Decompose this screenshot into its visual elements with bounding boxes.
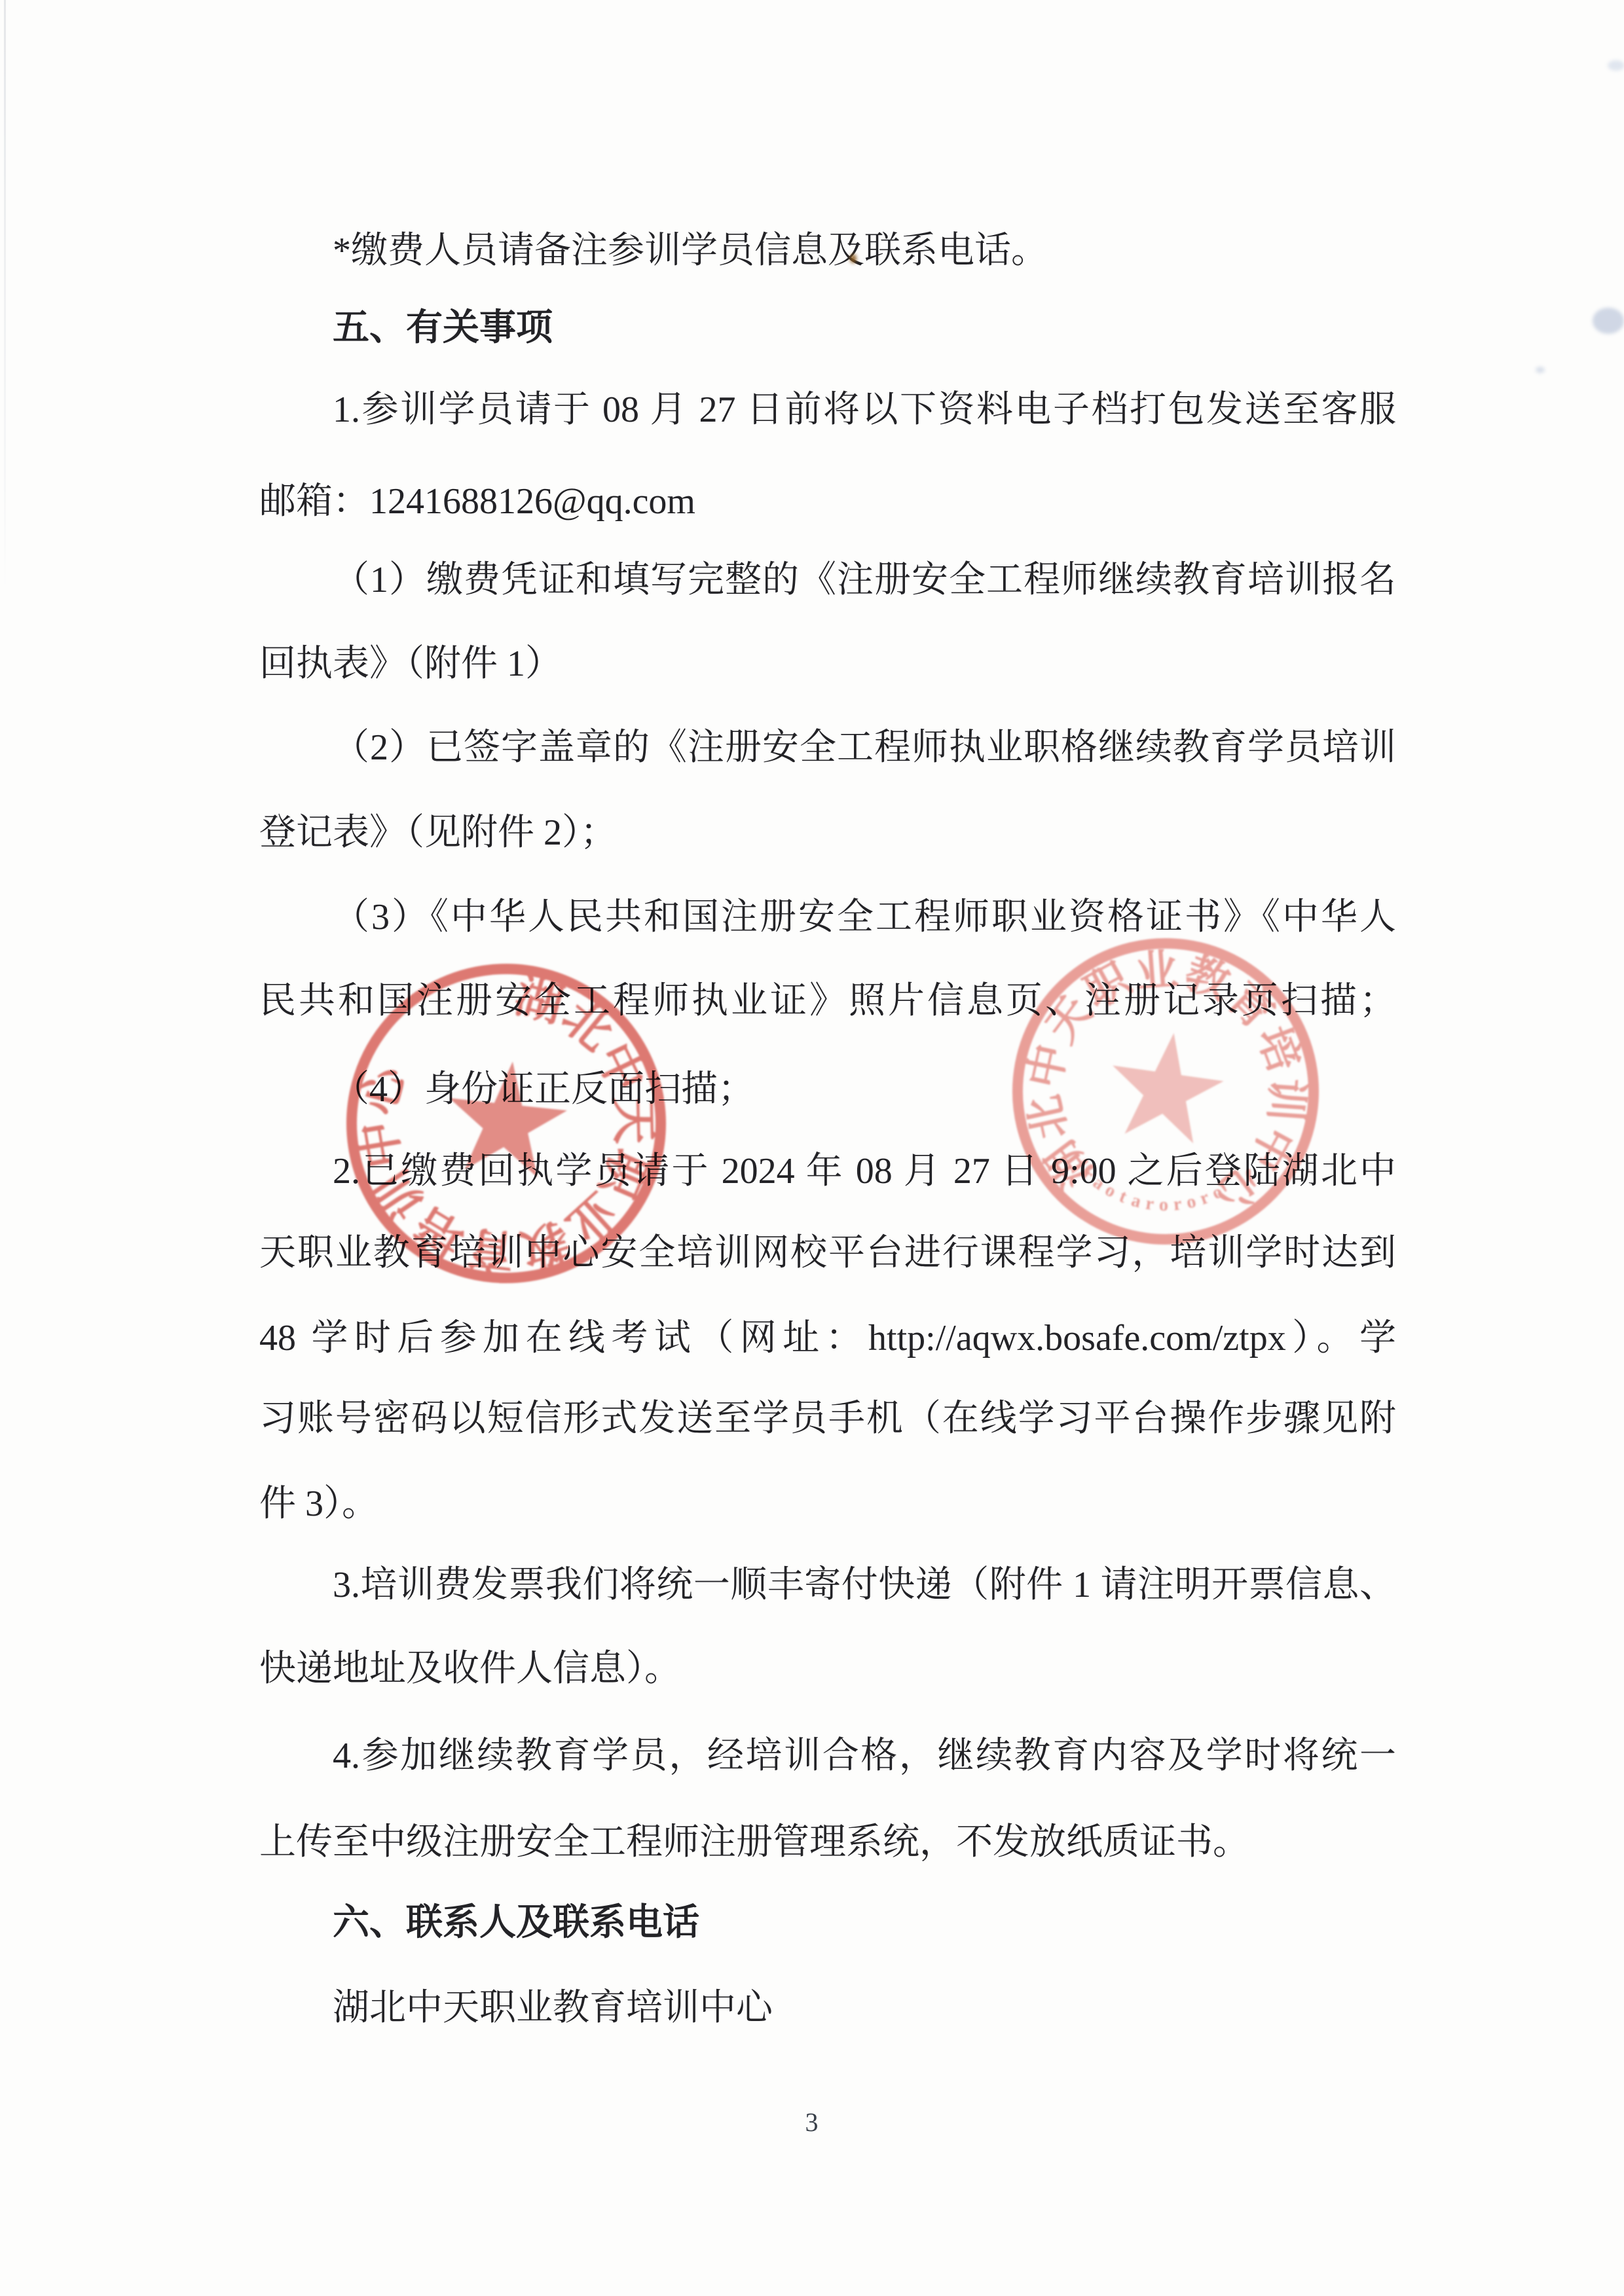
stamp-serial-char: t [1116,1186,1130,1207]
text-line: 上传至中级注册安全工程师注册管理系统，不发放纸质证书。 [259,1822,1396,1863]
text-line: 4.参加继续教育学员，经培训合格，继续教育内容及学时将统一 [259,1736,1396,1776]
text-line: 48 学时后参加在线考试（网址：http://aqwx.bosafe.com/z… [259,1318,1396,1358]
text-line: 快递地址及收件人信息）。 [259,1649,1396,1689]
scan-speckle [850,254,857,263]
stamp-ring-char: 北 [1020,1091,1077,1143]
text-line: 3.培训费发票我们将统一顺丰寄付快递（附件 1 请注明开票信息、 [259,1565,1396,1605]
scan-speckle [1608,60,1624,71]
stamp-ring-char: 业 [1134,946,1180,997]
text-line: 六、联系人及联系电话 [259,1903,1396,1943]
text-line: 登记表》（见附件 2）； [259,812,1396,853]
official-seal-stamp-left: 湖北中天职业教育培训中心 [332,949,680,1298]
text-line: 湖北中天职业教育培训中心 [259,1988,1396,2028]
stamp-serial-char: r [1145,1194,1156,1214]
text-line: 习账号密码以短信形式发送至学员手机（在线学习平台操作步骤见附 [259,1398,1396,1439]
text-line: 1.参训学员请于 08 月 27 日前将以下资料电子档打包发送至客服 [259,390,1396,430]
text-line: 回执表》（附件 1） [259,644,1396,684]
stamp-serial-char: r [1172,1194,1183,1214]
text-line: （1）缴费凭证和填写完整的《注册安全工程师继续教育培训报名 [259,560,1396,600]
stamp-serial-char: a [1129,1190,1143,1212]
text-line: （2）已签字盖章的《注册安全工程师执业职格继续教育学员培训 [259,727,1396,768]
stamp-ring-char: 中 [351,1117,411,1172]
stamp-ring-char: 天 [606,1096,660,1144]
stamp-serial-char: o [1185,1191,1198,1212]
page-number: 3 [0,2107,1624,2138]
official-seal-stamp-right: 湖北中天职业教育培训中心raotarororo [998,924,1333,1259]
text-line: 五、有关事项 [259,308,1396,348]
stamp-ring-char: 中 [1020,1040,1076,1093]
stamp-serial-char: r [1197,1187,1211,1209]
stamp-star-icon [1103,1025,1229,1146]
scanned-document-page: *缴费人员请备注参训学员信息及联系电话。五、有关事项1.参训学员请于 08 月 … [0,0,1624,2296]
text-block: *缴费人员请备注参训学员信息及联系电话。五、有关事项1.参训学员请于 08 月 … [0,0,1624,2296]
scan-speckle [1593,308,1624,334]
stamp-star-icon [430,1050,589,1207]
text-line: 邮箱：1241688126@qq.com [259,481,1396,522]
stamp-ring-char: 育 [464,1221,517,1279]
scan-speckle [1536,367,1545,373]
text-line: 件 3）。 [259,1484,1396,1524]
stamp-ring-char: 训 [1260,1076,1310,1123]
stamp-serial-char: o [1159,1195,1169,1215]
text-line: *缴费人员请备注参训学员信息及联系电话。 [259,230,1396,271]
